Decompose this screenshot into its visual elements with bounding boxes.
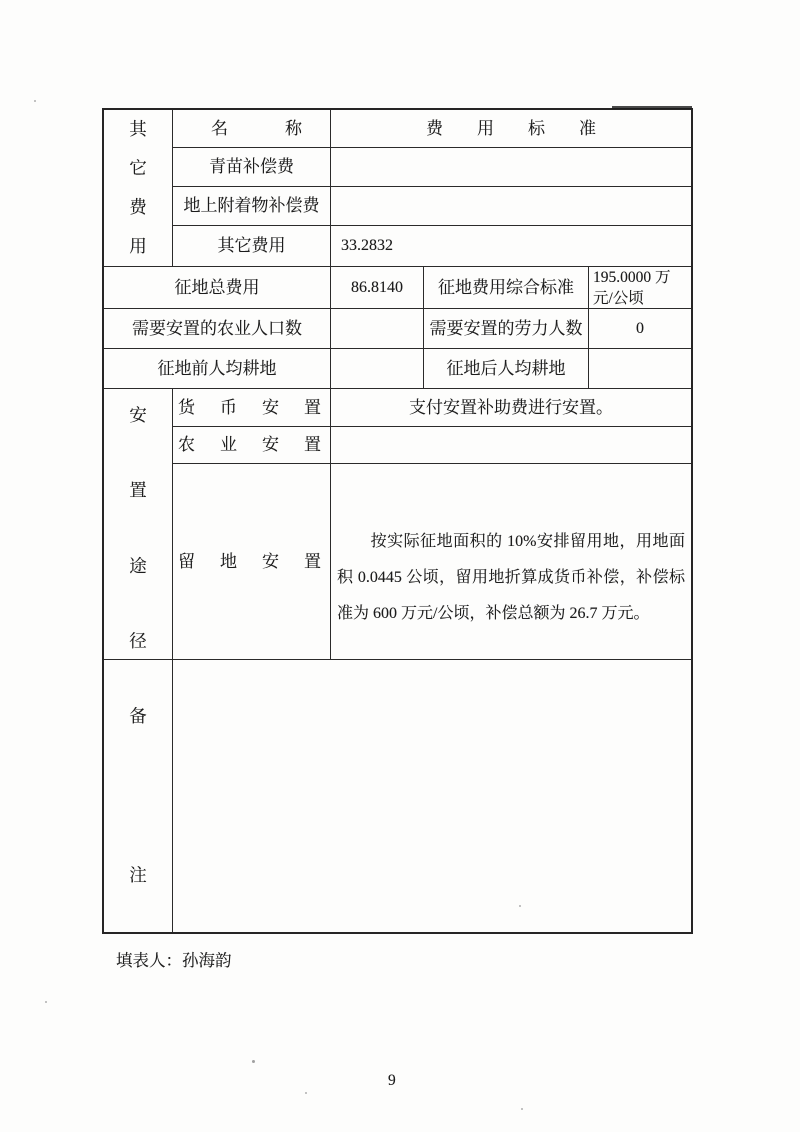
total-fee-label: 征地总费用 (104, 267, 331, 309)
reserved-land-resettlement-content: 按实际征地面积的 10%安排留用地，用地面积 0.0445 公顷，留用地折算成货… (331, 464, 691, 660)
form-filler-line: 填表人：孙海韵 (116, 947, 232, 971)
farmland-before-label: 征地前人均耕地 (104, 349, 331, 389)
young-crop-fee-label: 青苗补偿费 (173, 148, 331, 187)
remark-char-2: 注 (129, 865, 147, 887)
scan-speck (521, 1108, 523, 1110)
labor-count-label-text: 需要安置的劳力人数 (430, 318, 583, 339)
reserved-land-resettlement-label-text: 留地安置 (178, 551, 321, 572)
ground-attachment-fee-value (331, 187, 691, 226)
scan-smudge (612, 106, 692, 109)
other-fees-char-1: 其 (129, 119, 147, 141)
reserved-land-paragraph: 按实际征地面积的 10%安排留用地，用地面积 0.0445 公顷，留用地折算成货… (337, 524, 685, 632)
resettlement-char-1: 安 (129, 405, 147, 427)
labor-count-value-text: 0 (636, 319, 644, 339)
composite-standard-value-text: 195.0000 万元/公顷 (593, 267, 689, 309)
ground-attachment-fee-text: 地上附着物补偿费 (184, 195, 320, 216)
remark-content (173, 660, 691, 932)
remark-char-1: 备 (129, 706, 147, 728)
header-name-cell: 名称 (173, 110, 331, 148)
other-fees-group-label: 其 它 费 用 (104, 110, 173, 267)
scan-speck (305, 1092, 307, 1094)
reserved-land-resettlement-label: 留地安置 (173, 464, 331, 660)
header-standard-label: 费用标准 (426, 118, 630, 139)
other-fee-text: 其它费用 (218, 235, 286, 256)
total-fee-value-text: 86.8140 (351, 278, 403, 298)
form-filler-name: 孙海韵 (182, 951, 232, 970)
agri-population-label-text: 需要安置的农业人口数 (132, 318, 302, 339)
other-fees-char-4: 用 (129, 236, 147, 258)
farmland-after-label: 征地后人均耕地 (424, 349, 589, 389)
agriculture-resettlement-content (331, 427, 691, 464)
other-fee-value: 33.2832 (331, 226, 691, 267)
agriculture-resettlement-label-text: 农业安置 (178, 434, 321, 455)
scan-speck (45, 1001, 47, 1003)
labor-count-value: 0 (589, 309, 691, 349)
resettlement-group-label: 安 置 途 径 (104, 389, 173, 660)
resettlement-char-4: 径 (129, 631, 147, 653)
resettlement-char-2: 置 (129, 480, 147, 502)
remark-group-label: 备 注 (104, 660, 173, 932)
monetary-resettlement-content-text: 支付安置补助费进行安置。 (409, 397, 613, 418)
ground-attachment-fee-label: 地上附着物补偿费 (173, 187, 331, 226)
farmland-before-value (331, 349, 424, 389)
land-acquisition-table: 其 它 费 用 名称 费用标准 青苗补偿费 地上附着物补偿费 其它费用 (102, 108, 693, 934)
agriculture-resettlement-label: 农业安置 (173, 427, 331, 464)
farmland-after-value (589, 349, 691, 389)
page-number: 9 (388, 1072, 396, 1090)
header-name-label: 名称 (211, 118, 302, 139)
form-filler-label: 填表人： (116, 951, 182, 970)
scan-speck (519, 905, 521, 907)
agri-population-label: 需要安置的农业人口数 (104, 309, 331, 349)
monetary-resettlement-content: 支付安置补助费进行安置。 (331, 389, 691, 427)
composite-standard-label: 征地费用综合标准 (424, 267, 589, 309)
scanned-document-page: 其 它 费 用 名称 费用标准 青苗补偿费 地上附着物补偿费 其它费用 (0, 0, 800, 1132)
other-fee-label: 其它费用 (173, 226, 331, 267)
monetary-resettlement-label-text: 货币安置 (178, 397, 321, 418)
total-fee-label-text: 征地总费用 (175, 277, 260, 298)
monetary-resettlement-label: 货币安置 (173, 389, 331, 427)
other-fees-char-3: 费 (129, 197, 147, 219)
scan-speck (34, 100, 36, 102)
other-fee-value-text: 33.2832 (341, 236, 393, 256)
farmland-before-label-text: 征地前人均耕地 (158, 358, 277, 379)
header-standard-cell: 费用标准 (331, 110, 691, 148)
total-fee-value: 86.8140 (331, 267, 424, 309)
young-crop-fee-text: 青苗补偿费 (209, 156, 294, 177)
labor-count-label: 需要安置的劳力人数 (424, 309, 589, 349)
agri-population-value (331, 309, 424, 349)
other-fees-char-2: 它 (129, 158, 147, 180)
farmland-after-label-text: 征地后人均耕地 (447, 358, 566, 379)
composite-standard-label-text: 征地费用综合标准 (438, 277, 574, 298)
scan-speck (252, 1060, 255, 1063)
young-crop-fee-value (331, 148, 691, 187)
resettlement-char-3: 途 (129, 556, 147, 578)
composite-standard-value: 195.0000 万元/公顷 (589, 267, 691, 309)
